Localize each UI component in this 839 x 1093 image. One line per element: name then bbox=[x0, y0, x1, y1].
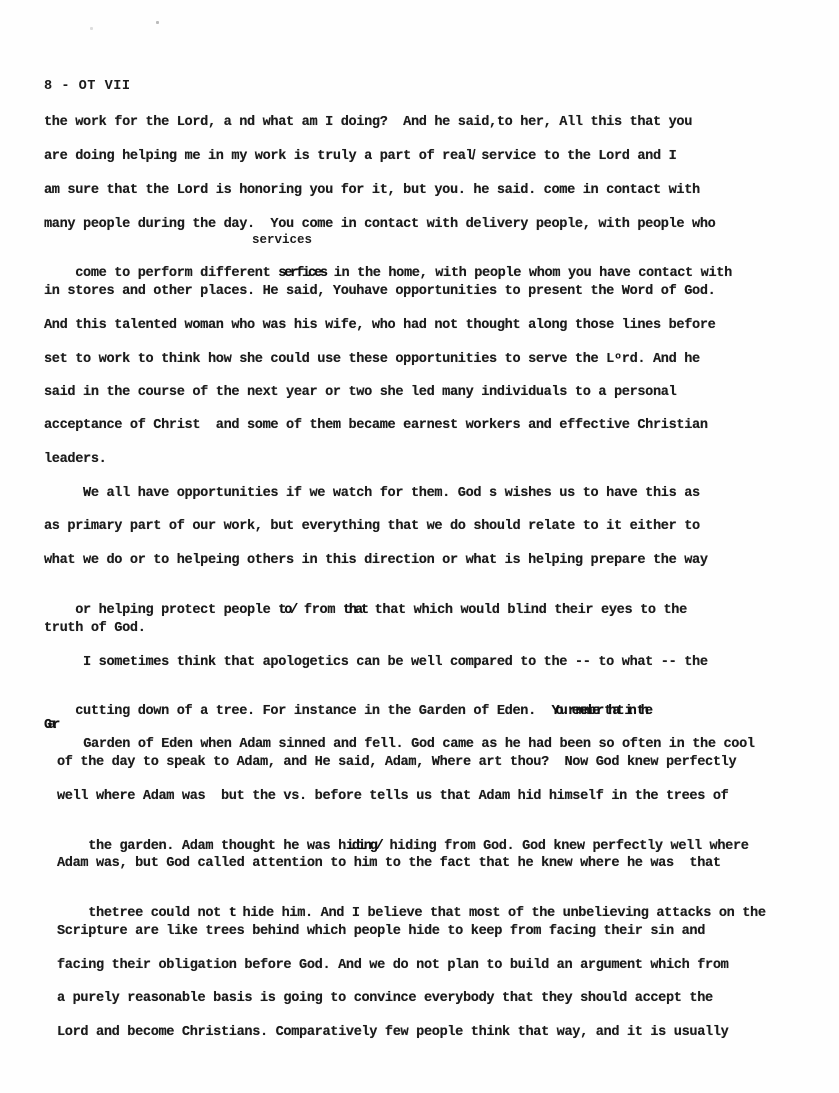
line-text: in the home, with people whom you have c… bbox=[326, 266, 732, 281]
line-text: cutting down of a tree. For instance in … bbox=[75, 704, 551, 719]
text-line: We all have opportunities if we watch fo… bbox=[44, 486, 700, 502]
struck-text: to/ bbox=[278, 603, 296, 618]
text-line: said in the course of the next year or t… bbox=[44, 385, 676, 401]
handwritten-insertion: services bbox=[252, 233, 312, 247]
text-line: well where Adam was but the vs. before t… bbox=[57, 789, 728, 805]
text-line: many people during the day. You come in … bbox=[44, 217, 715, 233]
line-text: hiding from God. God knew perfectly well… bbox=[382, 839, 749, 854]
scan-speck bbox=[156, 21, 159, 24]
line-text: the garden. Adam thought he was h bbox=[88, 839, 346, 854]
line-text: hide him. And I believe that most of the… bbox=[235, 906, 766, 921]
text-line: of the day to speak to Adam, and He said… bbox=[57, 755, 736, 771]
line-text: or helping protect people bbox=[75, 603, 278, 618]
text-line: Lord and become Christians. Comparativel… bbox=[57, 1025, 728, 1041]
struck-text: that bbox=[343, 603, 367, 618]
text-line: what we do or to helpeing others in this… bbox=[44, 553, 708, 569]
text-line: the work for the Lord, a nd what am I do… bbox=[44, 115, 692, 131]
text-line: a purely reasonable basis is going to co… bbox=[57, 991, 713, 1007]
overstruck-text: You remember that in the bbox=[552, 704, 649, 719]
text-line: I sometimes think that apologetics can b… bbox=[44, 655, 708, 671]
typewritten-page: 8 - OT VII the work for the Lord, a nd w… bbox=[0, 0, 839, 1093]
line-text: thetree could not bbox=[88, 906, 229, 921]
text-line: set to work to think how she could use t… bbox=[44, 352, 700, 368]
text-line: are doing helping me in my work is truly… bbox=[44, 149, 676, 165]
text-line: am sure that the Lord is honoring you fo… bbox=[44, 183, 700, 199]
line-text: that which would blind their eyes to the bbox=[367, 603, 687, 618]
overstruck-text: Gar bbox=[44, 718, 56, 734]
text-line: leaders. bbox=[44, 452, 106, 468]
text-line: And this talented woman who was his wife… bbox=[44, 318, 715, 334]
struck-text: iding/ bbox=[346, 839, 382, 854]
text-line: Scripture are like trees behind which pe… bbox=[57, 924, 705, 940]
text-line: acceptance of Christ and some of them be… bbox=[44, 418, 708, 434]
line-text: Garden of Eden when Adam sinned and fell… bbox=[75, 737, 754, 752]
text-line: Adam was, but God called attention to hi… bbox=[57, 856, 721, 872]
text-line: as primary part of our work, but everyth… bbox=[44, 519, 700, 535]
line-text: from bbox=[296, 603, 343, 618]
struck-text: serfices bbox=[278, 266, 326, 281]
text-line: facing their obligation before God. And … bbox=[57, 958, 728, 974]
text-line: in stores and other places. He said, You… bbox=[44, 284, 715, 300]
line-text: come to perform different bbox=[75, 266, 278, 281]
scan-speck bbox=[90, 27, 93, 30]
text-line: truth of God. bbox=[44, 621, 146, 637]
page-header: 8 - OT VII bbox=[44, 79, 131, 94]
